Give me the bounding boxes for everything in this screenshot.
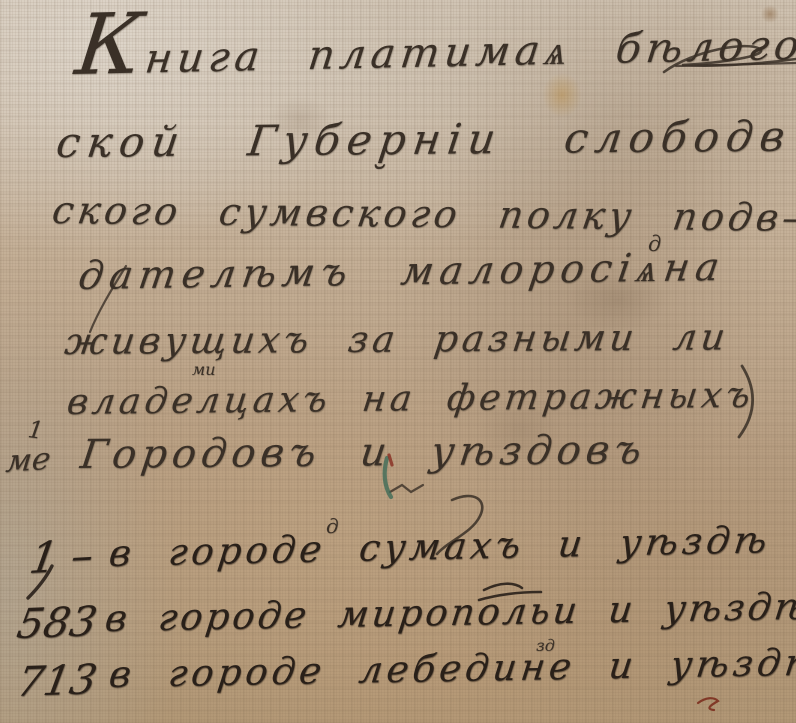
heading-number-label: ме xyxy=(4,441,52,480)
superscript-mark: 1 xyxy=(26,415,45,445)
entry-number: 1 – xyxy=(26,531,97,584)
superscript-mark: ˘ xyxy=(368,160,385,200)
manuscript-line-4: дателѣмъ малоросіѧна xyxy=(76,245,729,299)
flourish-zigzag-icon xyxy=(390,485,423,492)
manuscript-line-3: ского сумвского полку подв— xyxy=(49,188,796,240)
superscript-mark: ми xyxy=(192,360,216,379)
superscript-mark: д xyxy=(648,232,661,256)
entry-text: в городе сумахъ и уѣздѣ xyxy=(107,518,773,575)
superscript-mark: зд xyxy=(536,636,555,655)
manuscript-line-5: живущихъ за разными ли xyxy=(62,315,732,363)
entry-text: в городе лебедине и уѣздѣ xyxy=(107,641,796,696)
manuscript-line-2: ской Губерніи слободв xyxy=(54,112,795,167)
entry-number: 713 xyxy=(13,655,100,706)
manuscript-line-6: владелцахъ на фетражныхъ xyxy=(65,375,757,423)
manuscript-page: Книга платимаѧ бѣлогород ской Губерніи с… xyxy=(0,0,796,723)
manuscript-line-1: Книга платимаѧ бѣлогород xyxy=(72,19,796,84)
heading-text: Городовъ и уѣздовъ xyxy=(78,427,649,478)
superscript-mark: д xyxy=(326,514,339,538)
entry-number: 583 xyxy=(13,597,100,648)
entry-text: в городе миропольи и уѣздѣ xyxy=(103,585,796,640)
red-scribble-icon xyxy=(698,698,718,710)
